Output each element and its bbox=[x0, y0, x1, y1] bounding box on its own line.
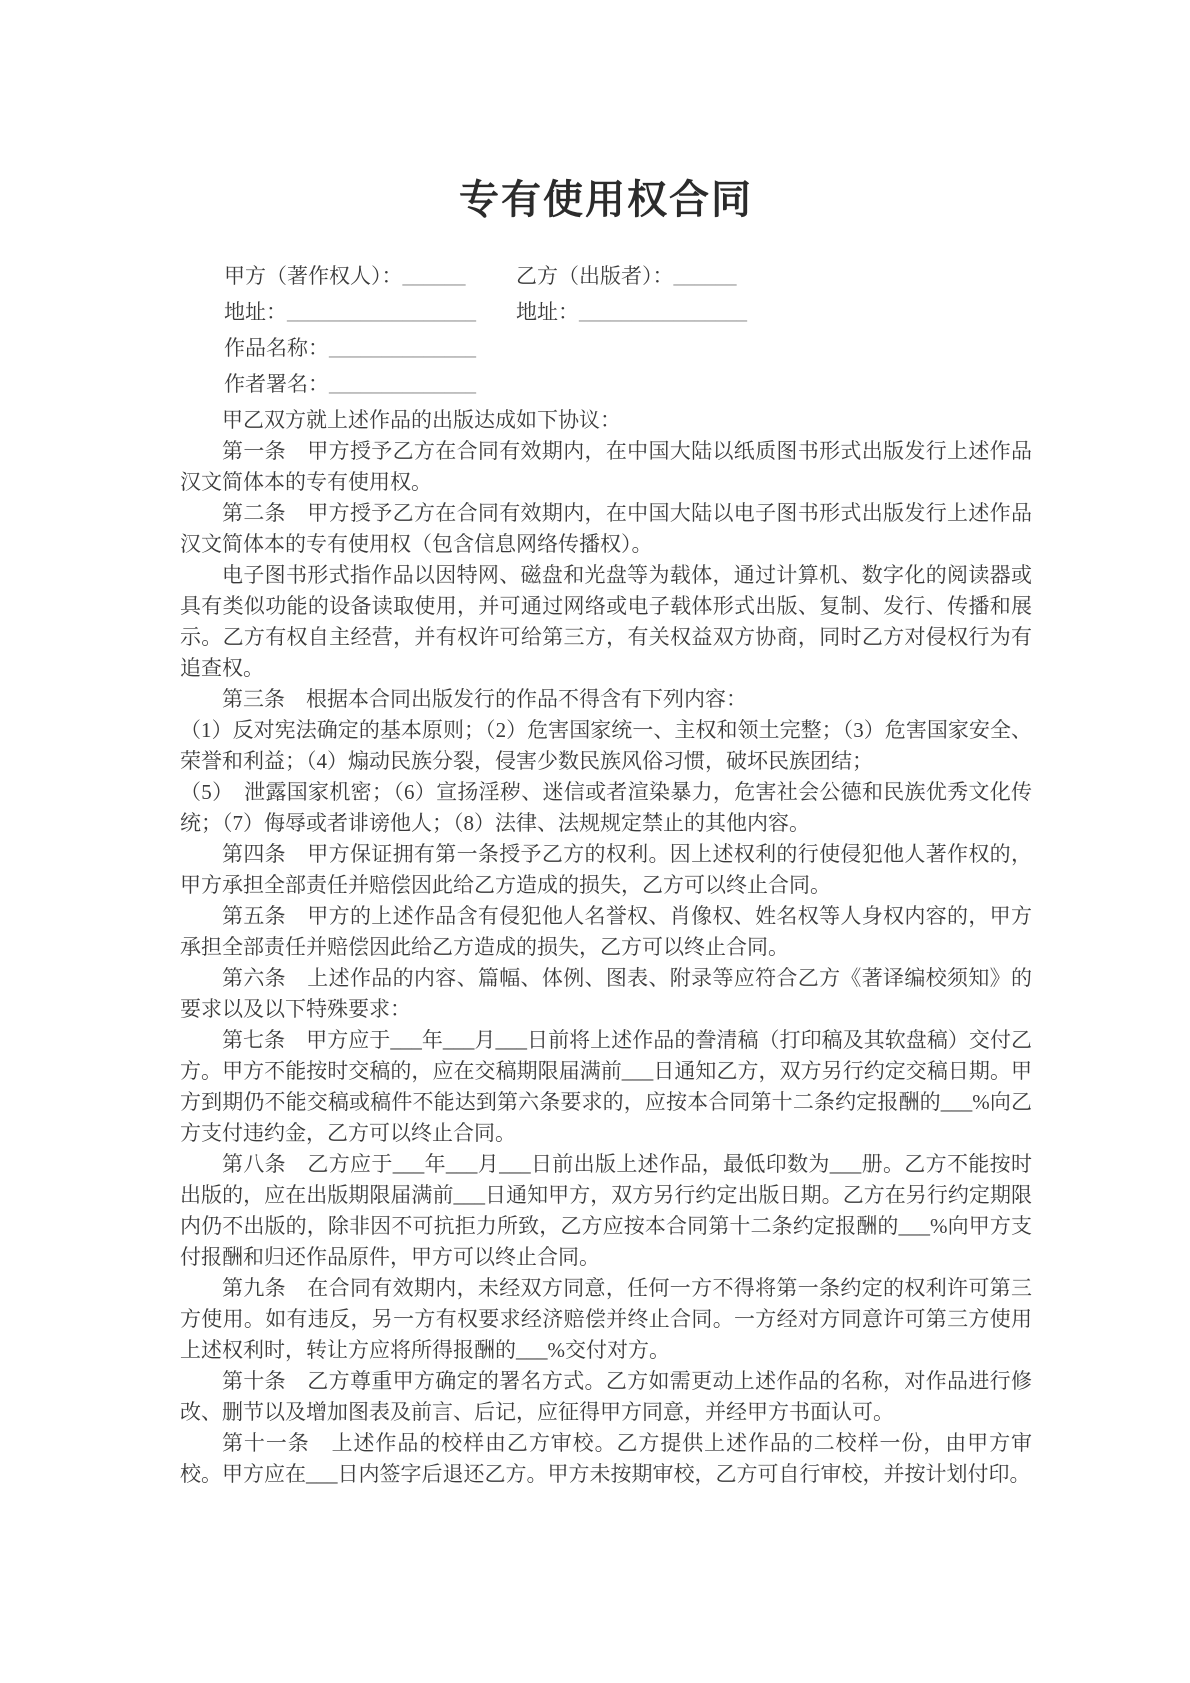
prohibited-content-items-1-4: （1）反对宪法确定的基本原则；（2）危害国家统一、主权和领土完整；（3）危害国家… bbox=[180, 715, 1032, 777]
contract-body: 甲乙双方就上述作品的出版达成如下协议： 第一条 甲方授予乙方在合同有效期内，在中… bbox=[180, 405, 1032, 1490]
party-a-address-field: 地址：__________________ bbox=[224, 294, 514, 330]
author-signature-blank: ______________ bbox=[329, 372, 476, 396]
clause-5-paragraph: 第五条 甲方的上述作品含有侵犯他人名誉权、肖像权、姓名权等人身权内容的，甲方承担… bbox=[180, 901, 1032, 963]
party-a-address-label: 地址： bbox=[224, 300, 287, 324]
party-a-field: 甲方（著作权人）：______ bbox=[224, 258, 514, 294]
clause-6-paragraph: 第六条 上述作品的内容、篇幅、体例、图表、附录等应符合乙方《著译编校须知》的要求… bbox=[180, 963, 1032, 1025]
work-title-row: 作品名称：______________ bbox=[224, 330, 1032, 366]
party-a-label: 甲方（著作权人）： bbox=[224, 264, 403, 288]
party-b-blank: ______ bbox=[674, 264, 737, 288]
clause-8-paragraph: 第八条 乙方应于___年___月___日前出版上述作品，最低印数为___册。乙方… bbox=[180, 1149, 1032, 1273]
clause-10-paragraph: 第十条 乙方尊重甲方确定的署名方式。乙方如需更动上述作品的名称，对作品进行修改、… bbox=[180, 1366, 1032, 1428]
work-title-field: 作品名称：______________ bbox=[224, 330, 514, 366]
party-info-section: 甲方（著作权人）：______ 乙方（出版者）：______ 地址：______… bbox=[224, 258, 1032, 402]
author-signature-row: 作者署名：______________ bbox=[224, 366, 1032, 402]
work-title-label: 作品名称： bbox=[224, 336, 329, 360]
party-b-address-blank: ________________ bbox=[579, 300, 747, 324]
author-signature-label: 作者署名： bbox=[224, 372, 329, 396]
preamble-paragraph: 甲乙双方就上述作品的出版达成如下协议： bbox=[180, 405, 1032, 436]
clause-7-paragraph: 第七条 甲方应于___年___月___日前将上述作品的誊清稿（打印稿及其软盘稿）… bbox=[180, 1025, 1032, 1149]
author-signature-field: 作者署名：______________ bbox=[224, 366, 514, 402]
document-title: 专有使用权合同 bbox=[180, 176, 1032, 224]
party-a-blank: ______ bbox=[403, 264, 466, 288]
party-b-label: 乙方（出版者）： bbox=[516, 264, 674, 288]
clause-3-paragraph: 第三条 根据本合同出版发行的作品不得含有下列内容： bbox=[180, 684, 1032, 715]
ebook-definition-paragraph: 电子图书形式指作品以因特网、磁盘和光盘等为载体，通过计算机、数字化的阅读器或具有… bbox=[180, 560, 1032, 684]
prohibited-content-items-5-8: （5） 泄露国家机密；（6）宣扬淫秽、迷信或者渲染暴力，危害社会公德和民族优秀文… bbox=[180, 777, 1032, 839]
party-row-addresses: 地址：__________________ 地址：_______________… bbox=[224, 294, 1032, 330]
party-b-field: 乙方（出版者）：______ bbox=[514, 258, 737, 294]
clause-11-paragraph: 第十一条 上述作品的校样由乙方审校。乙方提供上述作品的二校样一份，由甲方审校。甲… bbox=[180, 1428, 1032, 1490]
clause-2-paragraph: 第二条 甲方授予乙方在合同有效期内，在中国大陆以电子图书形式出版发行上述作品汉文… bbox=[180, 498, 1032, 560]
party-b-address-field: 地址：________________ bbox=[514, 294, 747, 330]
party-row-names: 甲方（著作权人）：______ 乙方（出版者）：______ bbox=[224, 258, 1032, 294]
clause-4-paragraph: 第四条 甲方保证拥有第一条授予乙方的权利。因上述权利的行使侵犯他人著作权的，甲方… bbox=[180, 839, 1032, 901]
clause-9-paragraph: 第九条 在合同有效期内，未经双方同意，任何一方不得将第一条约定的权利许可第三方使… bbox=[180, 1273, 1032, 1366]
work-title-blank: ______________ bbox=[329, 336, 476, 360]
contract-page: 专有使用权合同 甲方（著作权人）：______ 乙方（出版者）：______ 地… bbox=[0, 0, 1190, 1683]
party-b-address-label: 地址： bbox=[516, 300, 579, 324]
page-content: 专有使用权合同 甲方（著作权人）：______ 乙方（出版者）：______ 地… bbox=[180, 176, 1032, 1490]
party-a-address-blank: __________________ bbox=[287, 300, 476, 324]
clause-1-paragraph: 第一条 甲方授予乙方在合同有效期内，在中国大陆以纸质图书形式出版发行上述作品汉文… bbox=[180, 436, 1032, 498]
